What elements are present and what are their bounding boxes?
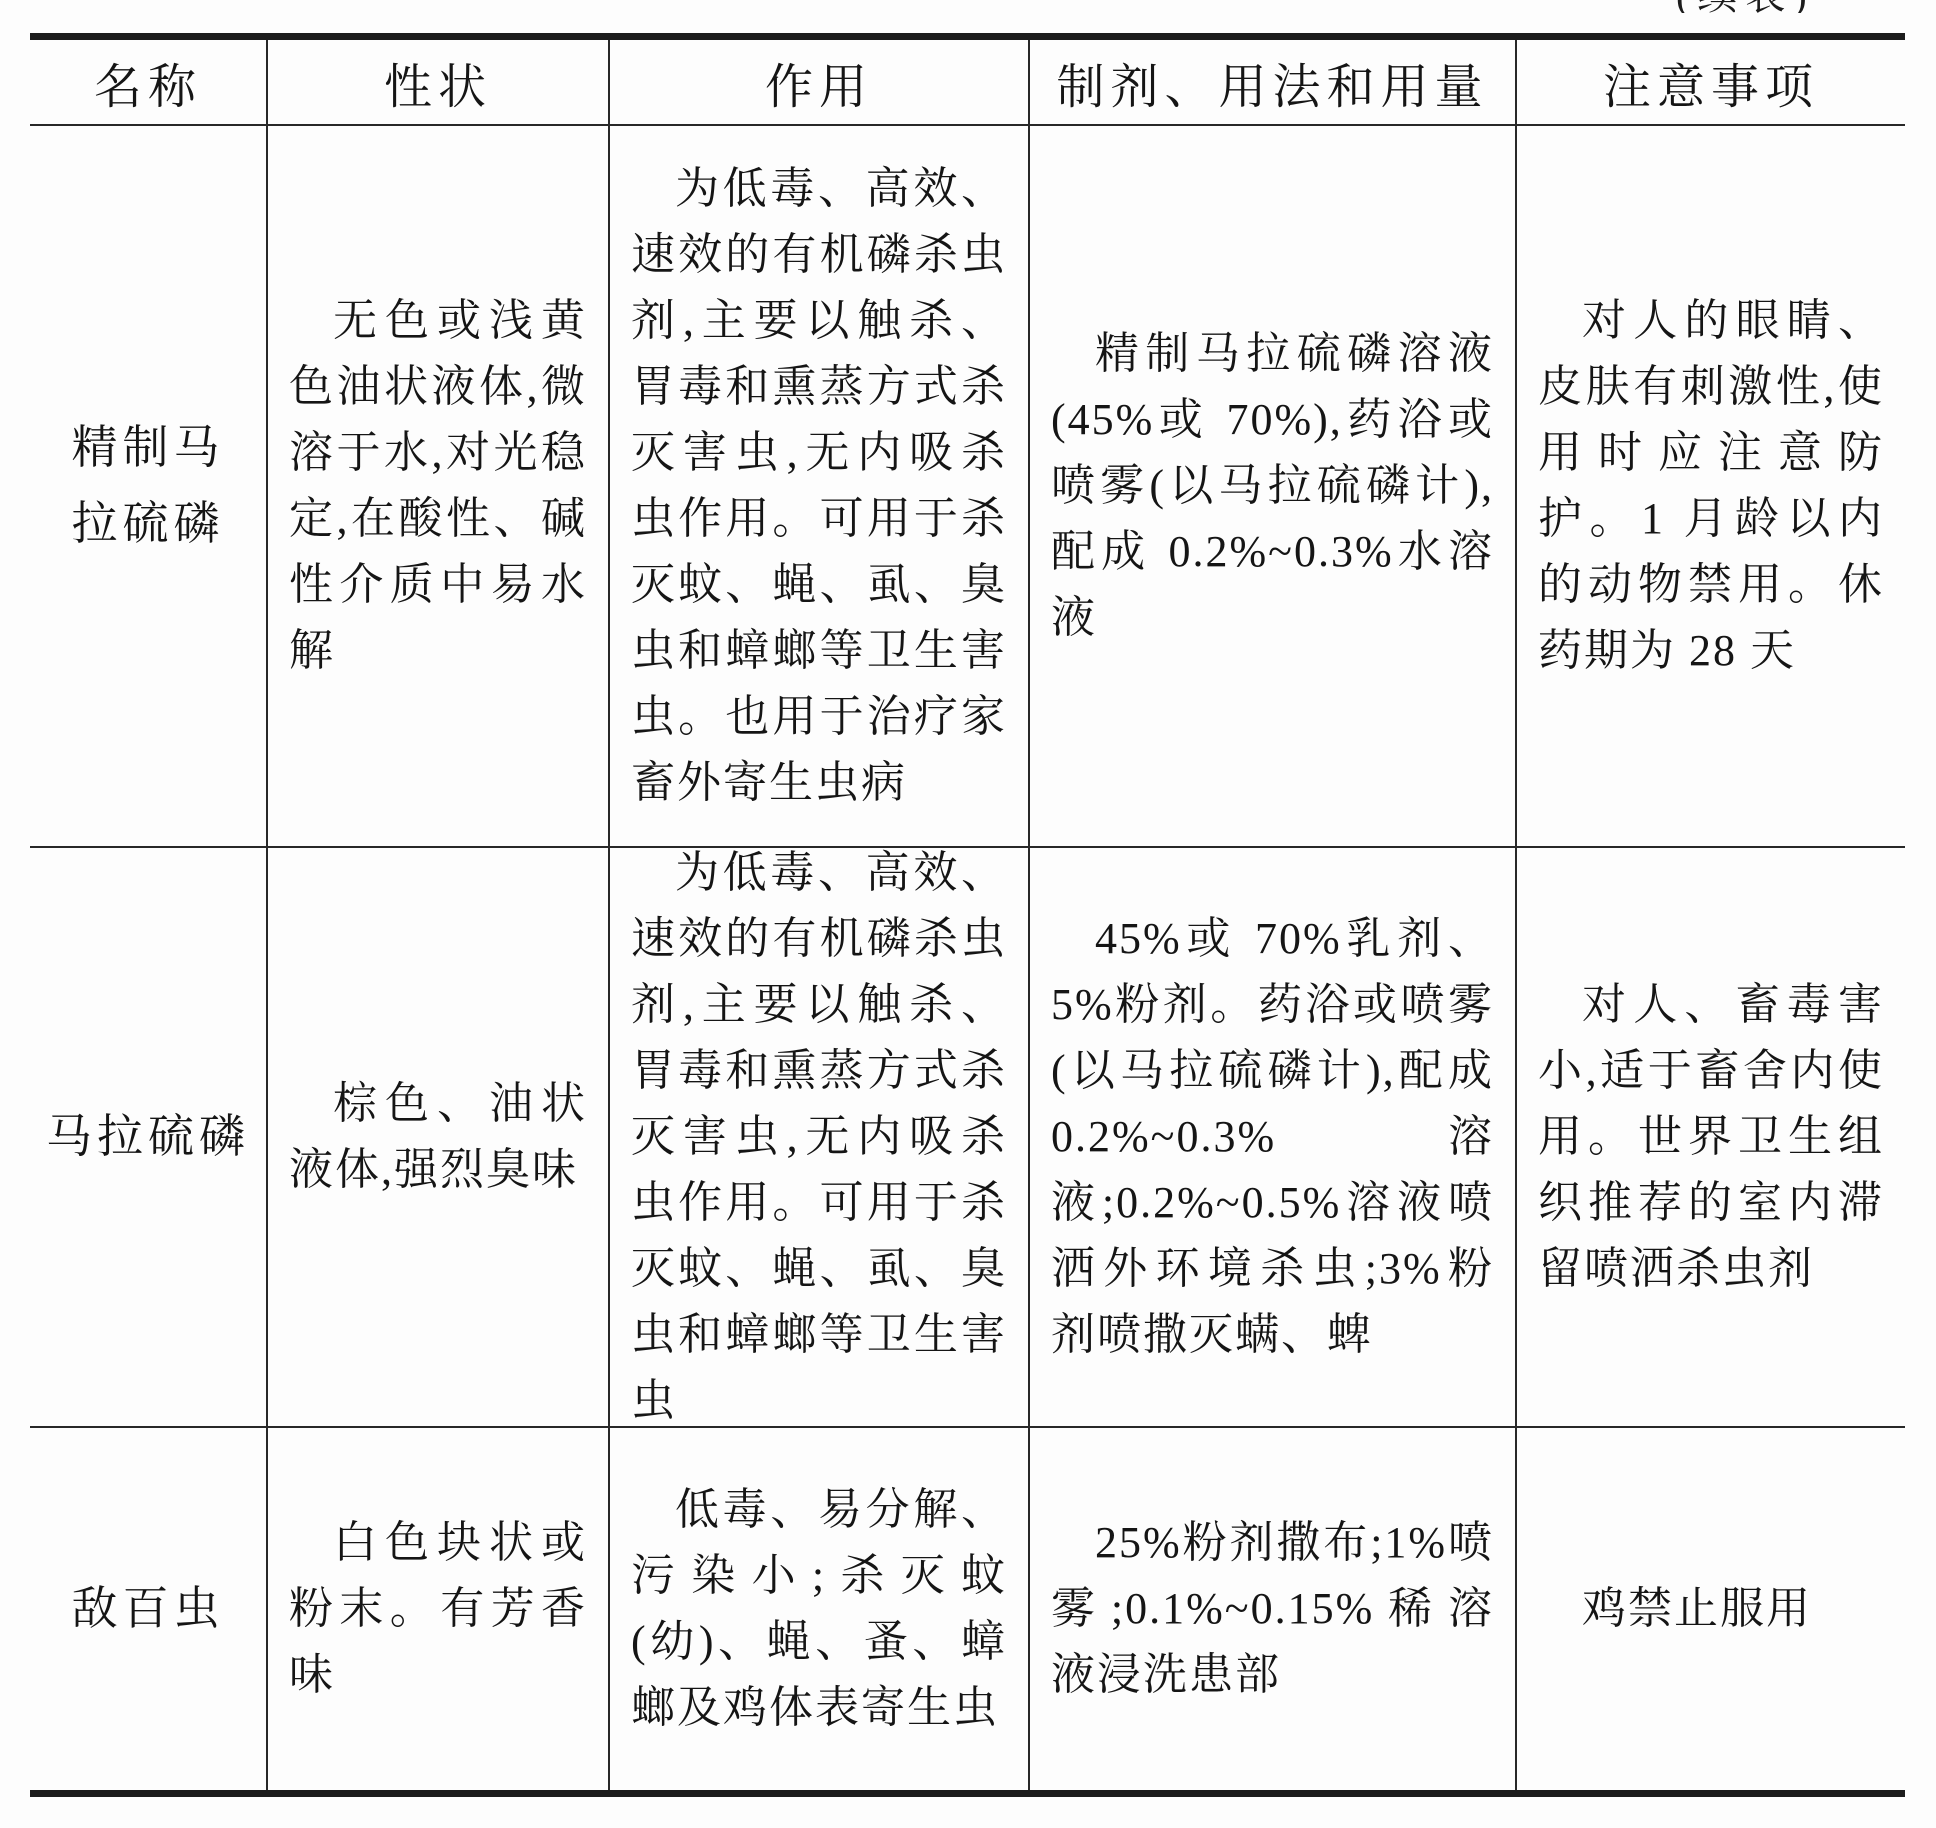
row2-action-cell: 为低毒、高效、速效的有机磷杀虫剂,主要以触杀、胃毒和熏蒸方式杀灭害虫,无内吸杀虫… bbox=[610, 848, 1030, 1428]
col-header-notes: 注意事项 bbox=[1517, 40, 1905, 126]
row2-notes-cell: 对人、畜毒害小,适于畜舍内使用。世界卫生组织推荐的室内滞留喷洒杀虫剂 bbox=[1517, 848, 1905, 1428]
col-header-properties-label: 性状 bbox=[384, 48, 492, 117]
row1-name-line1: 精制马 bbox=[72, 410, 225, 486]
col-header-usage: 制剂、用法和用量 bbox=[1030, 40, 1517, 126]
col-header-name-label: 名称 bbox=[94, 48, 202, 117]
row2-properties-text: 棕色、油状液体,强烈臭味 bbox=[289, 1071, 587, 1203]
row1-name-line2: 拉硫磷 bbox=[72, 486, 225, 562]
col-header-usage-label: 制剂、用法和用量 bbox=[1056, 48, 1488, 117]
row2-usage-text: 45%或 70%乳剂、5%粉剂。药浴或喷雾(以马拉硫磷计),配成 0.2%~0.… bbox=[1051, 906, 1494, 1368]
pesticide-table: 名称 性状 作用 制剂、用法和用量 注意事项 精制马 拉硫磷 无色或浅黄色油状液… bbox=[30, 33, 1905, 1797]
row3-properties-cell: 白色块状或粉末。有芳香味 bbox=[268, 1428, 610, 1790]
row2-notes-text: 对人、畜毒害小,适于畜舍内使用。世界卫生组织推荐的室内滞留喷洒杀虫剂 bbox=[1538, 972, 1884, 1302]
row1-properties-cell: 无色或浅黄色油状液体,微溶于水,对光稳定,在酸性、碱性介质中易水解 bbox=[268, 126, 610, 848]
row1-name-cell: 精制马 拉硫磷 bbox=[30, 126, 268, 848]
row3-notes-text: 鸡禁止服用 bbox=[1538, 1576, 1884, 1642]
col-header-notes-label: 注意事项 bbox=[1603, 48, 1819, 117]
row1-usage-text: 精制马拉硫磷溶液(45%或 70%),药浴或喷雾(以马拉硫磷计),配成 0.2%… bbox=[1051, 321, 1494, 651]
row3-properties-text: 白色块状或粉末。有芳香味 bbox=[289, 1510, 587, 1708]
row3-name-cell: 敌百虫 bbox=[30, 1428, 268, 1790]
scanned-page: { "page": { "continuation_marker": "(续表)… bbox=[0, 0, 1936, 1828]
row1-action-text: 为低毒、高效、速效的有机磷杀虫剂,主要以触杀、胃毒和熏蒸方式杀灭害虫,无内吸杀虫… bbox=[631, 156, 1007, 816]
row2-action-text: 为低毒、高效、速效的有机磷杀虫剂,主要以触杀、胃毒和熏蒸方式杀灭害虫,无内吸杀虫… bbox=[631, 840, 1007, 1434]
col-header-action-label: 作用 bbox=[765, 48, 873, 117]
row3-notes-cell: 鸡禁止服用 bbox=[1517, 1428, 1905, 1790]
col-header-action: 作用 bbox=[610, 40, 1030, 126]
col-header-name: 名称 bbox=[30, 40, 268, 126]
row3-action-cell: 低毒、易分解、污染小;杀灭蚊(幼)、蝇、蚤、蟑螂及鸡体表寄生虫 bbox=[610, 1428, 1030, 1790]
row3-usage-cell: 25%粉剂撒布;1%喷雾;0.1%~0.15%稀溶液浸洗患部 bbox=[1030, 1428, 1517, 1790]
row1-notes-text: 对人的眼睛、皮肤有刺激性,使用时应注意防护。1 月龄以内的动物禁用。休药期为 2… bbox=[1538, 288, 1884, 684]
row1-action-cell: 为低毒、高效、速效的有机磷杀虫剂,主要以触杀、胃毒和熏蒸方式杀灭害虫,无内吸杀虫… bbox=[610, 126, 1030, 848]
row1-notes-cell: 对人的眼睛、皮肤有刺激性,使用时应注意防护。1 月龄以内的动物禁用。休药期为 2… bbox=[1517, 126, 1905, 848]
row3-action-text: 低毒、易分解、污染小;杀灭蚊(幼)、蝇、蚤、蟑螂及鸡体表寄生虫 bbox=[631, 1477, 1007, 1741]
continuation-marker: (续表) bbox=[1676, 0, 1846, 13]
row3-usage-text: 25%粉剂撒布;1%喷雾;0.1%~0.15%稀溶液浸洗患部 bbox=[1051, 1510, 1494, 1708]
row2-name-cell: 马拉硫磷 bbox=[30, 848, 268, 1428]
row3-name-line1: 敌百虫 bbox=[72, 1571, 225, 1647]
row2-usage-cell: 45%或 70%乳剂、5%粉剂。药浴或喷雾(以马拉硫磷计),配成 0.2%~0.… bbox=[1030, 848, 1517, 1428]
row2-properties-cell: 棕色、油状液体,强烈臭味 bbox=[268, 848, 610, 1428]
continuation-marker-text: (续表) bbox=[1676, 0, 1846, 13]
col-header-properties: 性状 bbox=[268, 40, 610, 126]
row2-name-line1: 马拉硫磷 bbox=[46, 1099, 250, 1175]
row1-usage-cell: 精制马拉硫磷溶液(45%或 70%),药浴或喷雾(以马拉硫磷计),配成 0.2%… bbox=[1030, 126, 1517, 848]
row1-properties-text: 无色或浅黄色油状液体,微溶于水,对光稳定,在酸性、碱性介质中易水解 bbox=[289, 288, 587, 684]
